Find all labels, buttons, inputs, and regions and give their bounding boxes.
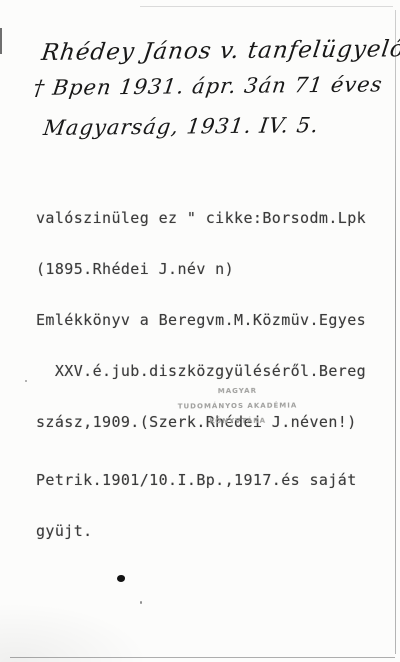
- typed-line: Petrik.1901/10.I.Bp.,1917.és saját: [36, 472, 366, 489]
- typewritten-note: valószinüleg ez " cikke:Borsodm.Lpk (189…: [36, 176, 366, 574]
- handwritten-name-line: Rhédey János v. tanfelügyelő: [40, 36, 400, 66]
- paper-speck: [25, 380, 27, 382]
- typed-line: gyüjt.: [36, 523, 366, 540]
- stamp-line: TUDOMÁNYOS AKADÉMIA: [165, 398, 310, 414]
- library-stamp: MAGYAR TUDOMÁNYOS AKADÉMIA KÖNYVTÁRA: [165, 383, 310, 429]
- stamp-line: KÖNYVTÁRA: [165, 413, 310, 429]
- handwritten-source-line: Magyarság, 1931. IV. 5.: [42, 113, 320, 140]
- ink-dot: [117, 575, 125, 582]
- typed-line: (1895.Rhédei J.név n): [36, 261, 366, 278]
- handwritten-death-date-line: † Bpen 1931. ápr. 3án 71 éves: [32, 72, 384, 100]
- scanned-catalog-card: Rhédey János v. tanfelügyelő † Bpen 1931…: [0, 0, 400, 662]
- paper-speck: [140, 601, 142, 604]
- typed-line: Emlékkönyv a Beregvm.M.Közmüv.Egyes: [36, 312, 366, 329]
- paper-edge-top: [140, 6, 393, 7]
- paper-edge-right: [395, 10, 396, 654]
- paper-shading: [0, 602, 150, 662]
- stamp-line: MAGYAR: [165, 383, 310, 399]
- typed-line: valószinüleg ez " cikke:Borsodm.Lpk: [36, 210, 366, 227]
- typed-line: XXV.é.jub.diszközgyüléséről.Bereg: [36, 363, 366, 380]
- paper-edge-left-mark: [0, 28, 2, 54]
